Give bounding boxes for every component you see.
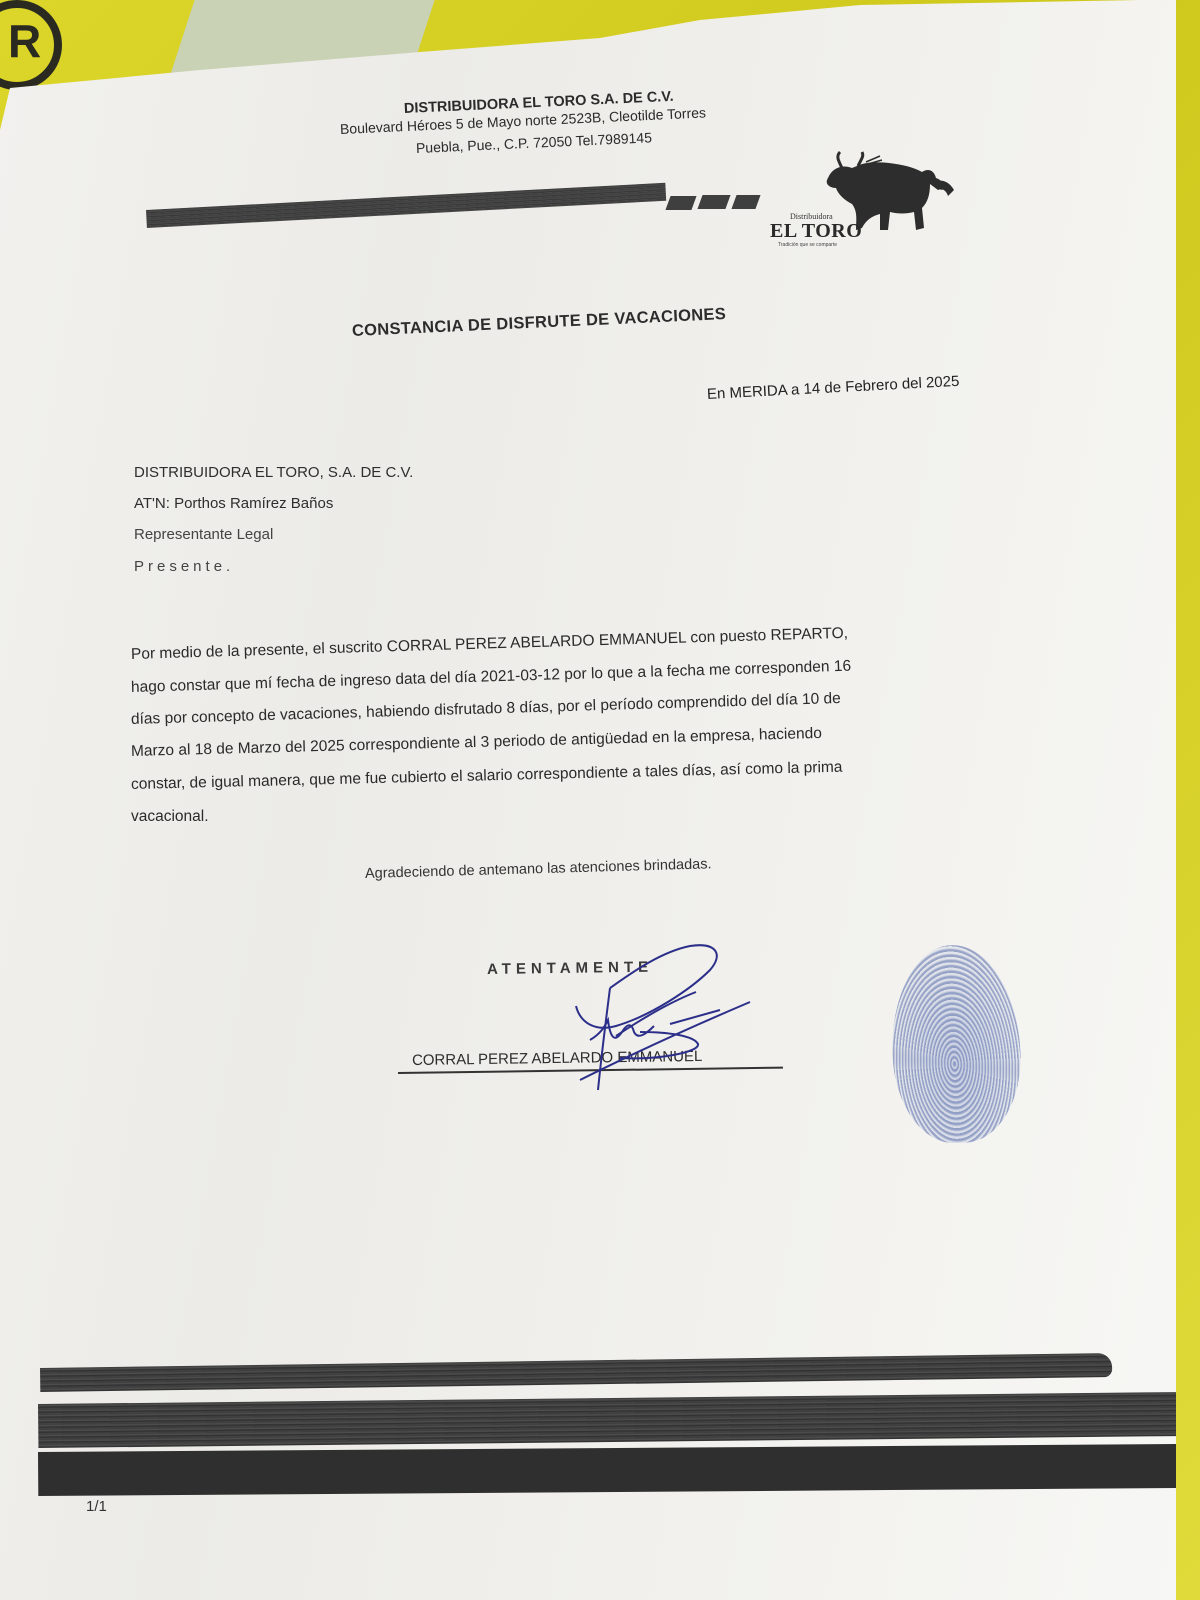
letterhead-decorative-band [146,183,666,228]
letterhead-address-line2: Puebla, Pue., C.P. 72050 Tel.7989145 [416,129,653,156]
body-line: vacacional. [131,808,209,826]
logo-name: EL TORO [770,220,862,243]
document-title: CONSTANCIA DE DISFRUTE DE VACACIONES [352,305,727,341]
addressee-role: Representante Legal [134,526,273,543]
fingerprint-icon [887,942,1025,1146]
body-line: constar, de igual manera, que me fue cub… [131,759,843,794]
logo-tagline: Tradición que se comparte [778,242,837,248]
letterhead-dash [697,195,730,209]
letterhead-dash [665,196,696,210]
body-line: Marzo al 18 de Marzo del 2025 correspond… [131,725,822,761]
page-number: 1/1 [86,1498,107,1515]
place-date: En MERIDA a 14 de Febrero del 2025 [707,373,960,403]
paper-sheet: DISTRIBUIDORA EL TORO S.A. DE C.V. Boule… [0,0,1200,1600]
addressee-attention: AT'N: Porthos Ramírez Baños [134,495,333,512]
letterhead-dash [731,195,760,209]
body-line: hago constar que mí fecha de ingreso dat… [131,658,852,697]
footer-band [40,1353,1112,1392]
body-line: Por medio de la presente, el suscrito CO… [131,625,849,664]
body-line: días por concepto de vacaciones, habiend… [131,690,841,729]
signature-icon [520,940,780,1100]
footer-band [38,1444,1178,1496]
closing-text: Agradeciendo de antemano las atenciones … [365,856,712,882]
addressee-presente: Presente. [134,558,234,575]
addressee-company: DISTRIBUIDORA EL TORO, S.A. DE C.V. [134,464,413,481]
company-logo: Distribuidora EL TORO Tradición que se c… [770,150,960,250]
footer-band [38,1392,1178,1448]
